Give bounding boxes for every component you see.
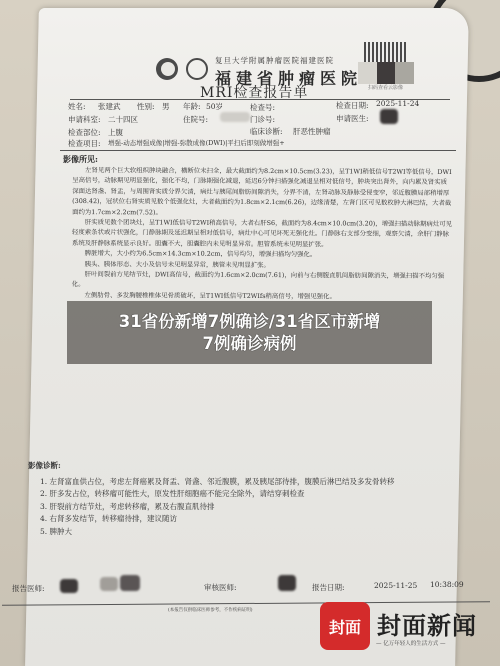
report-date: 2025-11-25	[374, 581, 417, 590]
clinical-diagnosis: 肝恶性肿瘤	[293, 126, 331, 137]
headline-line-2: 7例确诊病例	[203, 333, 297, 355]
dept-label: 申请科室:	[68, 114, 101, 125]
patient-sex: 男	[162, 101, 170, 112]
diagnosis-item: 5. 脾肿大	[40, 526, 395, 539]
name-label: 姓名:	[68, 101, 86, 112]
age-label: 年龄:	[183, 101, 201, 112]
report-doctor-label: 报告医师:	[12, 583, 45, 594]
redacted-block	[358, 62, 414, 84]
mri-report: 复旦大学附属肿瘤医院福建医院 福建省肿瘤医院 扫码查看云影像 MRI检查报告单 …	[0, 0, 500, 666]
report-time: 10:38:09	[430, 580, 464, 589]
patient-name: 张建武	[98, 101, 121, 112]
watermark-logo-icon: 封面	[320, 602, 370, 650]
redacted-block	[100, 577, 118, 591]
findings-text: 左肾见两个巨大软组织肿块融合，横断位未扫全，最大截面约为8.2cm×10.5cm…	[72, 165, 453, 302]
diagnosis-title: 影像诊断:	[28, 460, 395, 473]
exam-item-label: 检查项目:	[68, 138, 101, 149]
diagnosis-item: 4. 右肾多发结节，转移瘤待排，建议随访	[40, 513, 395, 526]
exam-no-label: 检查号:	[250, 102, 275, 113]
redacted-block	[220, 112, 250, 122]
watermark-slogan: — 亿万年轻人的生活方式 —	[376, 639, 446, 647]
diagnosis-section: 影像诊断: 1. 左肾富血供占位，考虑左肾癌累及肾盂、肾盏、邻近腹膜，累及胰尾部…	[40, 460, 395, 539]
findings-paragraph: 肝叶间裂前方见结节灶，DWI高信号，截面约为1.6cm×2.0cm(7.61)，…	[72, 269, 452, 292]
findings-paragraph: 左肾见两个巨大软组织肿块融合，横断位未扫全，最大截面约为8.2cm×10.5cm…	[72, 165, 452, 219]
hospital-logo-icon	[156, 58, 178, 80]
exam-date: 2025-11-24	[376, 99, 419, 108]
redacted-block	[120, 575, 140, 591]
sex-label: 性别:	[137, 101, 155, 112]
hospital-subtitle: 复旦大学附属肿瘤医院福建医院	[215, 55, 334, 66]
redacted-block	[380, 109, 398, 124]
dept: 二十四区	[108, 114, 138, 125]
exam-site: 上腹	[108, 127, 123, 138]
diagnosis-item: 1. 左肾富血供占位，考虑左肾癌累及肾盂、肾盏、邻近腹膜，累及胰尾部待排，腹膜后…	[40, 476, 395, 489]
clinical-diagnosis-label: 临床诊断:	[250, 126, 283, 137]
headline-overlay: 31省份新增7例确诊/31省区市新增 7例确诊病例	[67, 301, 432, 364]
findings-title: 影像所见:	[63, 154, 98, 165]
report-date-label: 报告日期:	[312, 582, 345, 593]
redacted-block	[278, 575, 296, 591]
cloud-image-tag: 扫码查看云影像	[368, 84, 403, 91]
diagnosis-item: 3. 肝裂前方结节灶，考虑转移瘤，累及右腹直肌待排	[40, 501, 395, 514]
review-doctor-label: 审核医师:	[204, 582, 237, 593]
exam-date-label: 检查日期:	[336, 100, 369, 111]
divider	[60, 150, 456, 151]
headline-line-1: 31省份新增7例确诊/31省区市新增	[119, 311, 380, 333]
patient-age: 50岁	[206, 101, 223, 112]
doctor-label: 申请医生:	[336, 113, 369, 124]
diagnosis-item: 2. 肝多发占位，转移瘤可能性大，原发性肝细胞癌不能完全除外，请结穿刺检查	[40, 488, 395, 501]
watermark-name: 封面新闻	[377, 606, 477, 641]
findings-paragraph: 肝实质见数个团块灶，呈T1WI低信号T2WI稍高信号，大者右肝S6，截面约为8.…	[72, 217, 452, 250]
outpatient-no-label: 门诊号:	[250, 114, 275, 125]
inpatient-no-label: 住院号:	[183, 114, 208, 125]
hospital-emblem-icon	[186, 58, 208, 80]
exam-item: 增强-动态增强成像|增强-弥散成像(DWI)|平扫后即刻做增强+	[108, 138, 285, 147]
redacted-block	[60, 579, 78, 593]
qr-code-icon	[364, 42, 406, 64]
site-label: 检查部位:	[68, 127, 101, 138]
disclaimer: (本报告仅供临床医师参考，不作疾病证明)	[168, 607, 253, 613]
